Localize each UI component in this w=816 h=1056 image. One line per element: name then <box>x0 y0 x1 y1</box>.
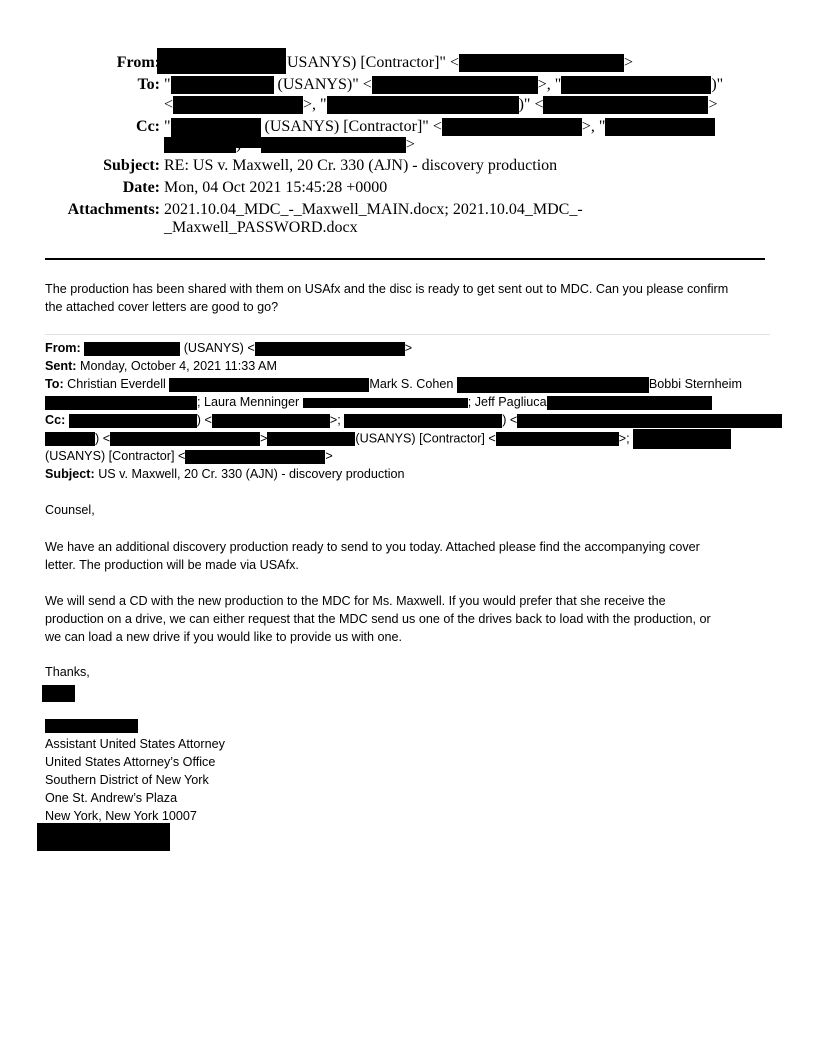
paragraph-2: We will send a CD with the new productio… <box>45 592 666 610</box>
redaction <box>372 76 538 94</box>
paragraph-1: We have an additional discovery producti… <box>45 538 700 556</box>
sent-value: Monday, October 4, 2021 11:33 AM <box>80 359 277 373</box>
sent-label: Sent: <box>45 359 76 373</box>
subject-label: Subject: <box>45 467 95 481</box>
attachments-label: Attachments: <box>0 201 160 219</box>
recipient: ; Laura Menninger <box>197 395 299 409</box>
quoted-divider <box>45 334 770 335</box>
redaction <box>171 76 274 94</box>
redaction <box>267 432 355 446</box>
redaction <box>327 96 519 114</box>
cc-value-cont: )" <> <box>164 136 415 154</box>
paragraph-2-cont2: we can load a new drive if you would lik… <box>45 628 402 646</box>
paragraph-1-cont: letter. The production will be made via … <box>45 556 299 574</box>
cc-label: Cc: <box>0 118 160 136</box>
redaction <box>164 137 236 153</box>
subject-value: US v. Maxwell, 20 Cr. 330 (AJN) - discov… <box>98 467 404 481</box>
redaction <box>45 396 197 410</box>
redaction <box>457 377 649 393</box>
to-text: (USANYS)" < <box>278 76 372 93</box>
redaction <box>173 96 303 114</box>
cc-label: Cc: <box>45 413 65 427</box>
from-label: From: <box>45 341 81 355</box>
redaction <box>543 96 708 114</box>
redaction <box>496 432 619 446</box>
closing: Thanks, <box>45 663 90 681</box>
redaction <box>517 414 782 428</box>
header-divider <box>45 258 765 260</box>
to-label: To: <box>45 377 64 391</box>
original-subject: Subject: US v. Maxwell, 20 Cr. 330 (AJN)… <box>45 465 405 483</box>
redaction <box>344 414 502 428</box>
original-to-cont: ; Laura Menninger ; Jeff Pagliuca <box>45 393 712 411</box>
signature-title: Assistant United States Attorney <box>45 735 225 753</box>
redaction <box>185 450 325 464</box>
recipient: Mark S. Cohen <box>369 377 453 391</box>
to-value: " (USANYS)" <>, ")" <box>164 76 723 94</box>
redaction <box>633 429 731 449</box>
date-value: Mon, 04 Oct 2021 15:45:28 +0000 <box>164 179 387 197</box>
from-text: USANYS) [Contractor]" < <box>287 54 459 71</box>
cc-text: (USANYS) [Contractor]" < <box>265 118 442 135</box>
redaction <box>157 48 286 74</box>
redaction-phone <box>37 823 170 851</box>
attachment-link-cont[interactable]: _Maxwell_PASSWORD.docx <box>164 219 358 237</box>
redaction <box>561 76 711 94</box>
greeting: Counsel, <box>45 501 95 519</box>
original-sent: Sent: Monday, October 4, 2021 11:33 AM <box>45 357 277 375</box>
recipient: Bobbi Sternheim <box>649 377 742 391</box>
redaction <box>255 342 405 356</box>
original-cc-cont: ) <>(USANYS) [Contractor] <>; <box>45 429 731 449</box>
reply-text-cont: the attached cover letters are good to g… <box>45 298 278 316</box>
redaction <box>459 54 624 72</box>
redaction-sender-name <box>45 719 138 733</box>
cc-text: (USANYS) [Contractor] < <box>45 449 185 463</box>
subject-label: Subject: <box>0 157 160 175</box>
paragraph-2-cont: production on a drive, we can either req… <box>45 610 711 628</box>
original-to: To: Christian Everdell Mark S. Cohen Bob… <box>45 375 742 393</box>
redaction <box>110 432 260 446</box>
redaction <box>169 378 369 392</box>
subject-value: RE: US v. Maxwell, 20 Cr. 330 (AJN) - di… <box>164 157 557 175</box>
redaction <box>69 414 197 428</box>
to-value-cont: <>, ")" <> <box>164 96 718 114</box>
signature-district: Southern District of New York <box>45 771 209 789</box>
original-from: From: (USANYS) <> <box>45 339 412 357</box>
original-cc-cont2: (USANYS) [Contractor] <> <box>45 447 333 465</box>
from-text: (USANYS) < <box>184 341 255 355</box>
from-value: USANYS) [Contractor]" <> <box>287 54 633 72</box>
original-cc: Cc: ) <>; ) < <box>45 411 782 429</box>
redaction <box>45 432 95 446</box>
cc-text: (USANYS) [Contractor] < <box>355 431 495 445</box>
date-label: Date: <box>0 179 160 197</box>
redaction <box>547 396 712 410</box>
recipient: ; Jeff Pagliuca <box>468 395 547 409</box>
signature-office: United States Attorney’s Office <box>45 753 215 771</box>
redaction <box>261 137 406 153</box>
signature-address: One St. Andrew’s Plaza <box>45 789 177 807</box>
reply-text: The production has been shared with them… <box>45 280 728 298</box>
from-label: From: <box>0 54 160 72</box>
redaction <box>442 118 582 136</box>
redaction <box>605 118 715 136</box>
redaction-sender-initials <box>42 685 75 702</box>
to-label: To: <box>0 76 160 94</box>
redaction <box>303 398 468 408</box>
attachment-link[interactable]: 2021.10.04_MDC_-_Maxwell_MAIN.docx; 2021… <box>164 201 583 219</box>
recipient: Christian Everdell <box>67 377 166 391</box>
redaction <box>84 342 180 356</box>
redaction <box>212 414 330 428</box>
